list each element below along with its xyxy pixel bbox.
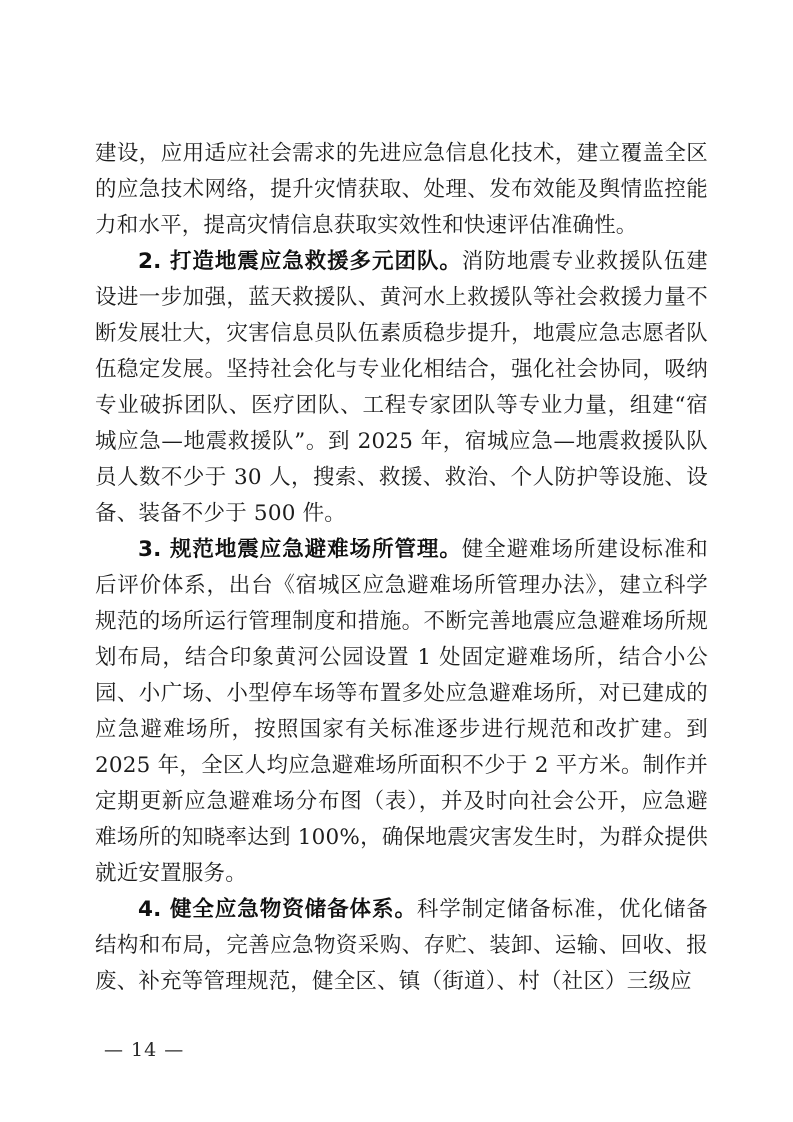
paragraph-text: 建设，应用适应社会需求的先进应急信息化技术，建立覆盖全区的应急技术网络，提升灾情…	[95, 141, 708, 238]
paragraph-lead-heading: 4. 健全应急物资储备体系。	[138, 897, 417, 922]
page-number: — 14 —	[104, 1036, 184, 1064]
paragraph-lead-heading: 2. 打造地震应急救援多元团队。	[138, 249, 462, 274]
paragraph-text: 消防地震专业救援队伍建设进一步加强，蓝天救援队、黄河水上救援队等社会救援力量不断…	[95, 249, 708, 526]
paragraph-text: 健全避难场所建设标准和后评价体系，出台《宿城区应急避难场所管理办法》，建立科学规…	[95, 537, 708, 886]
paragraph-item-3: 3. 规范地震应急避难场所管理。健全避难场所建设标准和后评价体系，出台《宿城区应…	[95, 532, 708, 892]
paragraph-continuation: 建设，应用适应社会需求的先进应急信息化技术，建立覆盖全区的应急技术网络，提升灾情…	[95, 136, 708, 244]
paragraph-item-2: 2. 打造地震应急救援多元团队。消防地震专业救援队伍建设进一步加强，蓝天救援队、…	[95, 244, 708, 532]
document-body: 建设，应用适应社会需求的先进应急信息化技术，建立覆盖全区的应急技术网络，提升灾情…	[95, 136, 708, 1000]
paragraph-lead-heading: 3. 规范地震应急避难场所管理。	[138, 537, 462, 562]
document-page: 建设，应用适应社会需求的先进应急信息化技术，建立覆盖全区的应急技术网络，提升灾情…	[0, 0, 793, 1122]
paragraph-item-4: 4. 健全应急物资储备体系。科学制定储备标准，优化储备结构和布局，完善应急物资采…	[95, 892, 708, 1000]
